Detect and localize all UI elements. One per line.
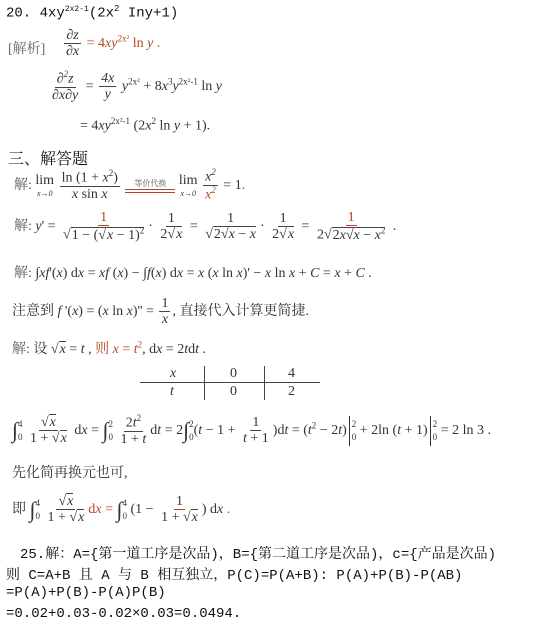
solution-2: 解: y' = 1√1 − (√x − 1)2· 12√x = 1√2√x − … [14,210,396,243]
solution-1: 解: limx→0 ln (1 + x2)x sin x 等价代换 limx→0… [14,168,245,203]
q25-line-2: 则 C=A+B 且 A 与 B 相互独立，P(C)=P(A+B): P(A)+P… [6,564,462,584]
q20-d2z: ∂2z∂x∂y = 4xy y2x² + 8x3y2x²-1 ln y [48,70,222,103]
table-divider [140,382,320,383]
table-var-t: t [170,384,174,400]
note-line: 注意到 f '(x) = (x ln x)'' = 1x, 直接代入计算更简捷. [12,296,309,328]
section-title: 三、解答题 [8,146,88,169]
equiv-label: 等价代换 [134,178,166,189]
q25-line-1: 25.解：A={第一道工序是次品)，B={第二道工序是次品)，c={产品是次品) [20,543,496,563]
analysis-label: [解析] [8,38,45,58]
integral-solution: ∫40 √x1 + √x dx = ∫20 2t21 + tdt = 2∫20(… [12,414,491,447]
table-var-x: x [170,366,176,382]
substitution-table: x 0 4 t 0 2 [140,366,320,400]
q25-line-4: =0.02+0.03-0.02×0.03=0.0494. [6,606,241,622]
q25-line-3: =P(A)+P(B)-P(A)P(B) [6,585,166,601]
solution-4: 解: 设 √x = t , 则 x = t2, dx = 2tdt . [12,338,206,358]
alt-note: 先化简再换元也可, [12,462,128,482]
q20-d2z-result: = 4xy2x²-1 (2x2 ln y + 1). [80,116,210,135]
q20-answer: 20. 4xy2x2-1(2x2 Iny+1) [6,4,178,22]
solution-3: 解: ∫xf'(x) dx = xf (x) − ∫f(x) dx = x (x… [14,262,372,282]
q20-dz-dx: ∂z∂x = 4xy2x² ln y . [62,28,160,60]
solution-label: 解: [14,178,32,193]
alt-formula: 即 ∫40 √x1 + √xdx = ∫40 (1 − 11 + √x) dx … [12,494,230,526]
